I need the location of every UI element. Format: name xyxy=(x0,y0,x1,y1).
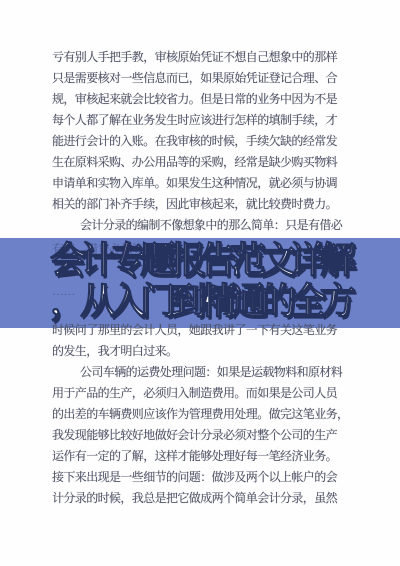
body-text-line: 运作有一定的了解，这样才能够处理好每一笔经济业务。 xyxy=(52,446,352,467)
body-text-line: 会计分录的编制不像想象中的那么简单：只是有借必 xyxy=(52,215,352,236)
article-page: 亏有别人手把手教，审核原始凭证不想自己想象中的那样 只是需要核对一些信息而已，如… xyxy=(0,0,400,566)
body-text-line: 相关的部门补齐手续，因此审核起来，就比较费时费力。 xyxy=(52,194,352,215)
banner-title-line-1: 会计专题报告范文详解 xyxy=(0,241,400,281)
body-text-line: 时候问了那里的会计人员，她跟我讲了一下有关这笔业务 xyxy=(52,320,352,341)
banner-title-line-2: ，从入门到精通的全方 xyxy=(0,282,400,322)
body-text-line: 亏有别人手把手教，审核原始凭证不想自己想象中的那样 xyxy=(52,47,352,68)
title-banner: 有贷，借贷必相等…… …… 会计专题报告范文详解 ，从入门到精通的全方 xyxy=(0,238,400,328)
body-text-line: 的出差的车辆费则应该作为管理费用处理。做完这笔业务， xyxy=(52,404,352,425)
article-text-lower: 时候问了那里的会计人员，她跟我讲了一下有关这笔业务 的发生，我才明白过来。 公司… xyxy=(52,320,352,509)
body-text-line: 接下来出现是一些细节的问题：做涉及两个以上帐户的会 xyxy=(52,467,352,488)
body-text-line: 只是需要核对一些信息而已，如果原始凭证登记合理、合 xyxy=(52,68,352,89)
body-text-line: 我发现能够比较好地做好会计分录必须对整个公司的生产 xyxy=(52,425,352,446)
body-text-line: 规，审核起来就会比较省力。但是日常的业务中因为不是 xyxy=(52,89,352,110)
body-text-line: 计分录的时候，我总是把它做成两个简单会计分录，虽然 xyxy=(52,488,352,509)
body-text-line: 能进行会计的入账。在我审核的时候，手续欠缺的经常发 xyxy=(52,131,352,152)
body-text-line: 公司车辆的运费处理问题：如果是运载物料和原材料 xyxy=(52,362,352,383)
body-text-line: 的发生，我才明白过来。 xyxy=(52,341,352,362)
body-text-line: 用于产品的生产，必须归入制造费用。而如果是公司人员 xyxy=(52,383,352,404)
body-text-line: 生在原料采购、办公用品等的采购，经常是缺少购买物料 xyxy=(52,152,352,173)
body-text-line: 申请单和实物入库单。如果发生这种情况，就必须与协调 xyxy=(52,173,352,194)
article-text-upper: 亏有别人手把手教，审核原始凭证不想自己想象中的那样 只是需要核对一些信息而已，如… xyxy=(52,47,352,236)
body-text-line: 每个人都了解在业务发生时应该进行怎样的填制手续，才 xyxy=(52,110,352,131)
